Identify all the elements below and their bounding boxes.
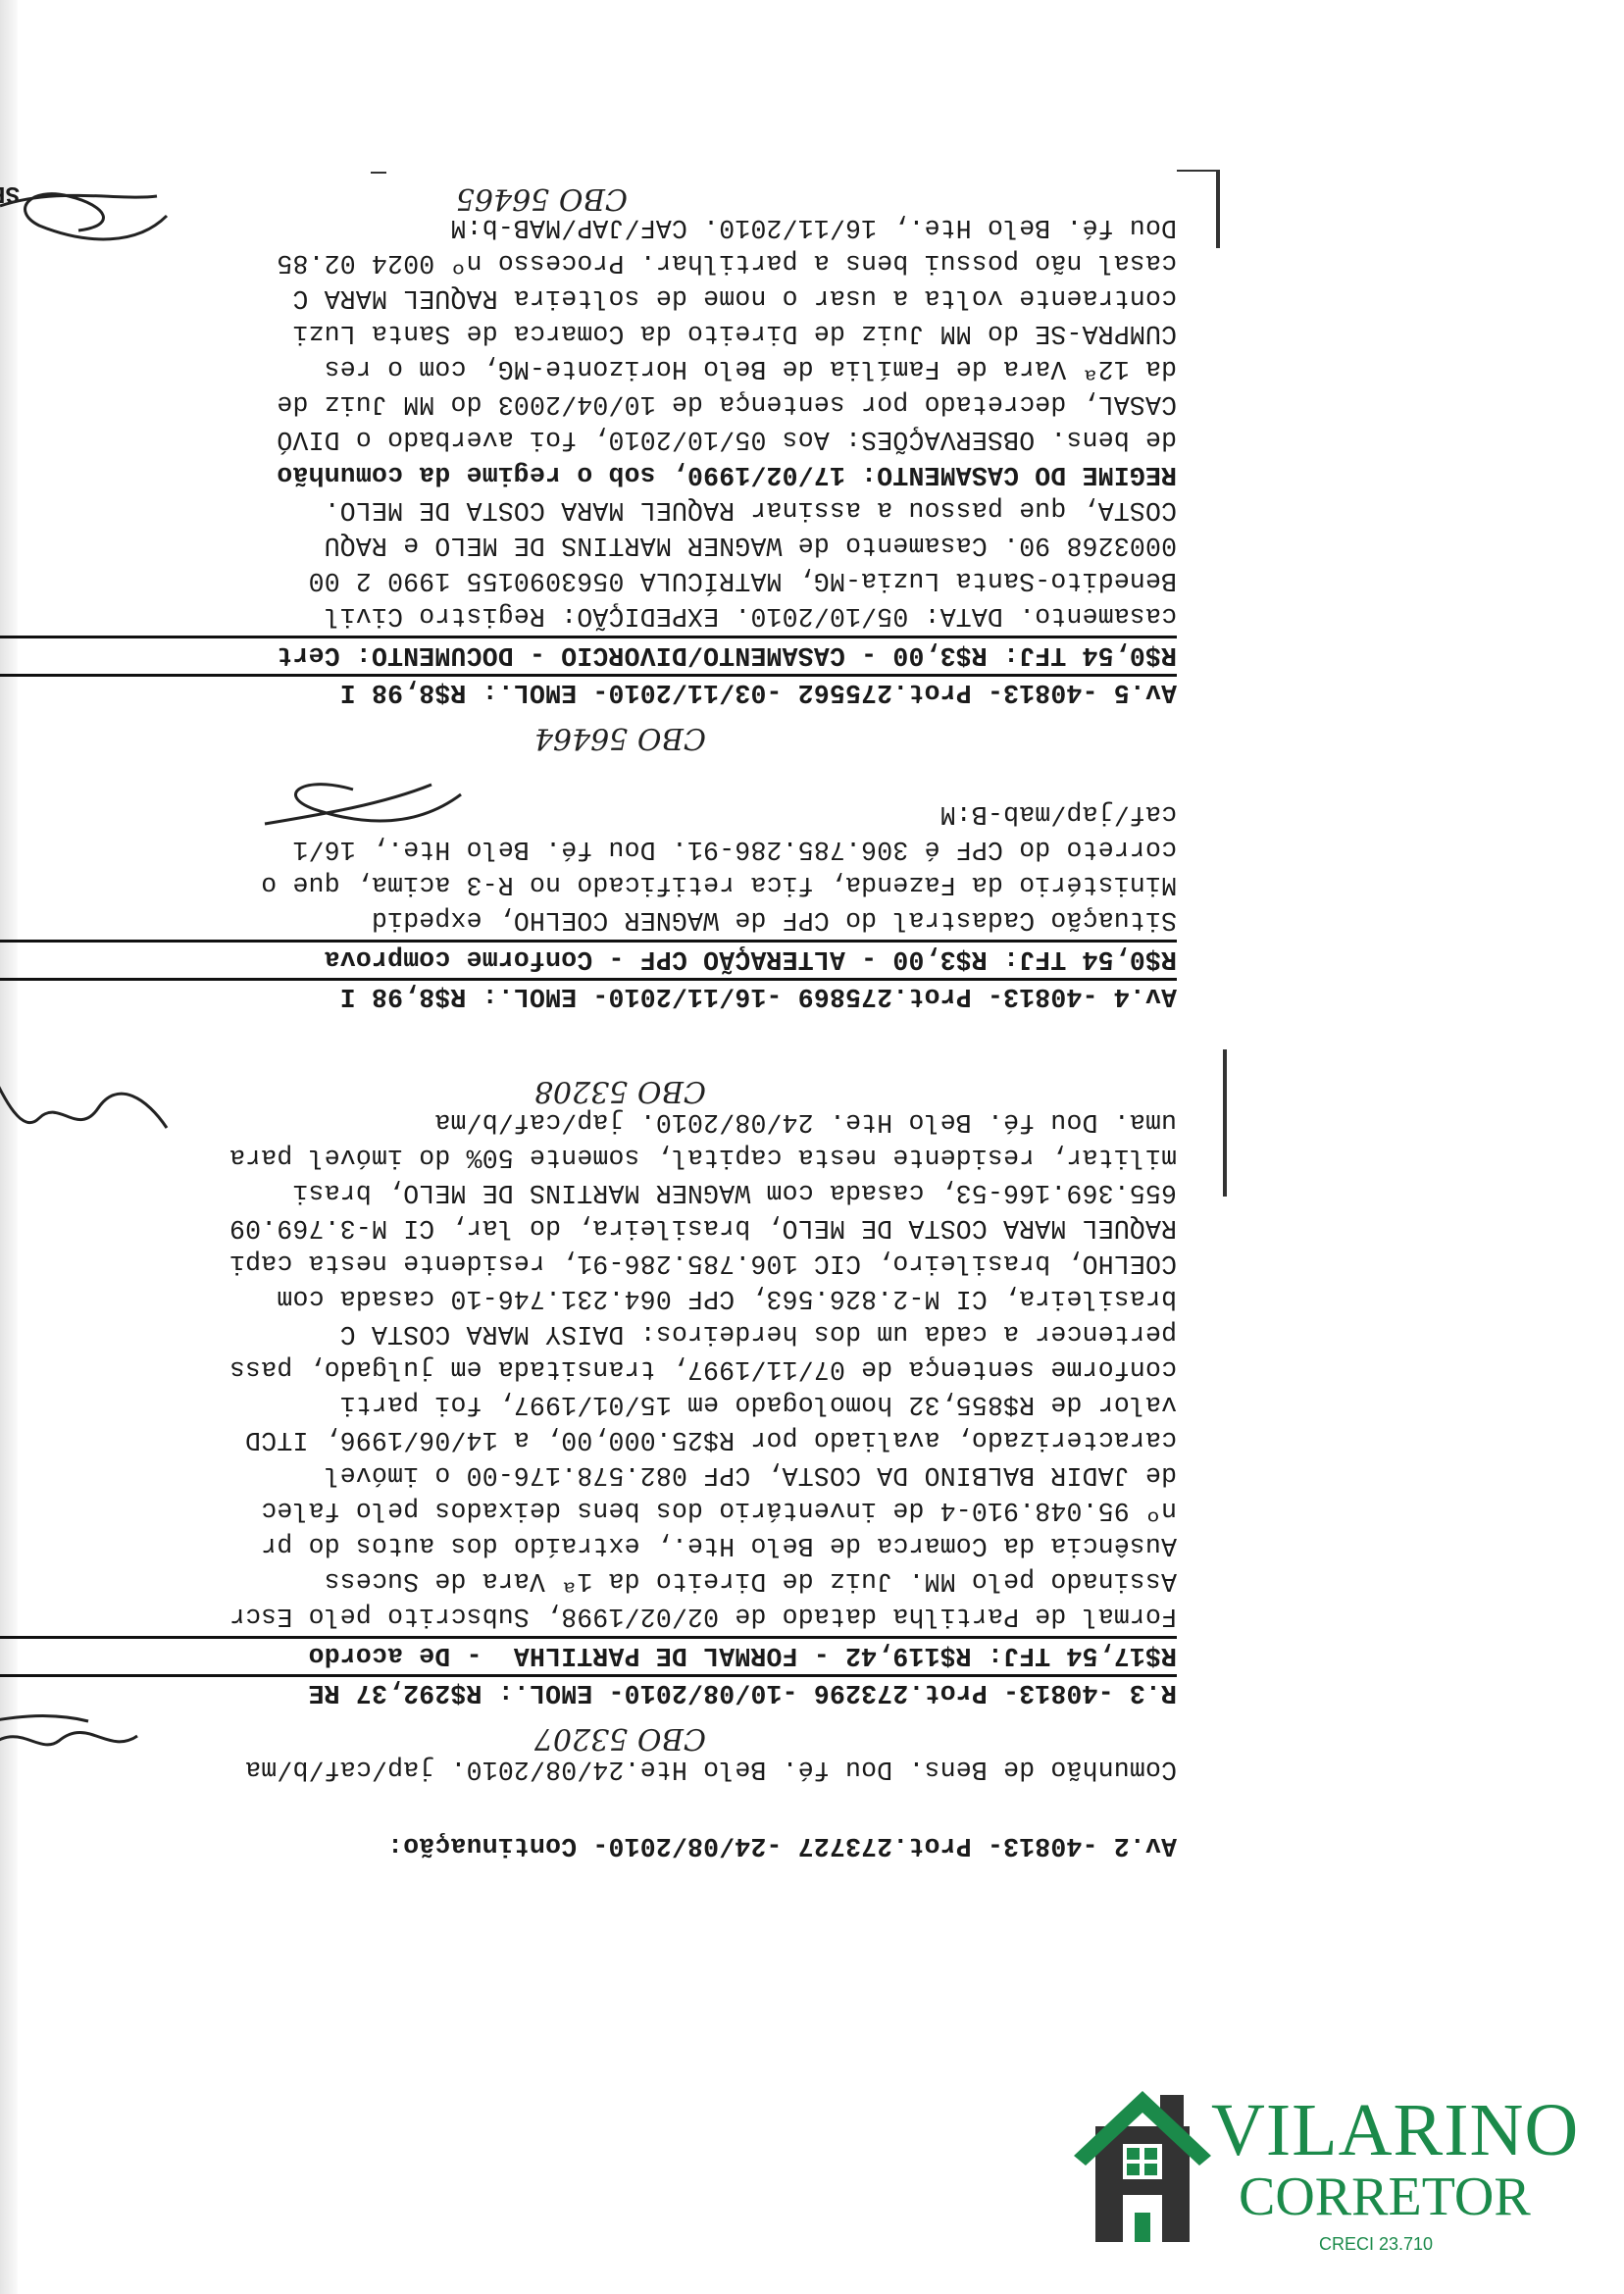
divider-rule	[0, 636, 1177, 638]
entry-r3-subheader: R$17,54 TFJ: R$119,42 - FORMAL DE PARTIL…	[308, 1638, 1177, 1673]
entry-av5-line: casal não possui bens a partilhar. Proce…	[277, 245, 1177, 280]
margin-mark	[1223, 1049, 1227, 1197]
logo-subtitle: CORRETOR	[1239, 2169, 1531, 2224]
stamp-cbo-56464: CBO 56464	[534, 721, 706, 755]
stamp-cbo-56465: CBO 56465	[456, 181, 628, 216]
entry-av4-line: caf/jap/mab-B:M	[939, 796, 1177, 832]
signature-scribble	[0, 167, 177, 255]
entry-av4-header: Av.4 -40813- Prot.275869 -16/11/2010- EM…	[340, 979, 1177, 1014]
entry-r3-line: militar, residente nesta capital, soment…	[229, 1140, 1177, 1175]
divider-rule	[0, 1674, 1177, 1677]
entry-av5-line: Benedito-Santa Luzia-MG, MATRÍCULA 05630…	[308, 563, 1177, 598]
entry-av5-line: CUMPRA-SE do MM Juiz de Direito da Comar…	[292, 316, 1177, 351]
signature-scribble	[255, 765, 471, 843]
vilarino-logo: VILARINO CORRETOR CRECI 23.710	[1074, 2087, 1603, 2244]
logo-creci: CRECI 23.710	[1319, 2234, 1433, 2255]
divider-rule	[0, 978, 1177, 981]
entry-av2-header: Av.2 -40813- Prot.273727 -24/08/2010- Co…	[387, 1828, 1177, 1863]
entry-r3-line: de JADIR BALBINO DA COSTA, CPF 082.578.1…	[324, 1457, 1177, 1493]
entry-av5-line: REGIME DO CASAMENTO: 17/02/1990, sob o r…	[277, 457, 1177, 492]
signature-scribble	[0, 1040, 177, 1157]
entry-av5-line: casamento. DATA: 05/10/2010. EXPEDIÇÃO: …	[324, 598, 1177, 634]
logo-title: VILARINO	[1211, 2093, 1579, 2167]
house-icon	[1074, 2087, 1211, 2244]
divider-rule	[0, 1636, 1177, 1639]
margin-mark	[1177, 170, 1220, 172]
entry-av5-line: da 12ª Vara de Família de Belo Horizonte…	[324, 351, 1177, 386]
entry-r3-line: conforme sentença de 07/11/1997, transit…	[229, 1351, 1177, 1387]
entry-av5-line: 0003268 90. Casamento de WAGNER MARTINS …	[324, 528, 1177, 563]
margin-mark	[371, 172, 386, 174]
divider-rule	[0, 940, 1177, 943]
entry-av5-line: COSTA, que passou a assinar RAQUEL MARA …	[324, 492, 1177, 528]
entry-r3-line: 655.369.166-53, casada com WAGNER MARTIN…	[292, 1175, 1177, 1210]
entry-r3-line: nº 95.048.910-4 de inventário dos bens d…	[261, 1493, 1177, 1528]
entry-r3-line: Formal de Partilha datado de 02/02/1998,…	[229, 1599, 1177, 1634]
entry-r3-line: RAQUEL MARA COSTA DE MELO, brasileira, d…	[229, 1210, 1177, 1246]
entry-av5-line: contraente volta a usar o nome de soltei…	[292, 280, 1177, 316]
entry-av4-subheader: R$0,54 TFJ: R$3,00 - ALTERAÇÃO CPF - Con…	[324, 942, 1177, 977]
registry-document: Av.2 -40813- Prot.273727 -24/08/2010- Co…	[0, 147, 1216, 1883]
margin-mark	[1216, 172, 1220, 248]
entry-av5-subheader: R$0,54 TFJ: R$3,00 - CASAMENTO/DIVORCIO …	[277, 637, 1177, 673]
entry-av2-line: Comunhão de Bens. Dou fé. Belo Hte.24/08…	[245, 1752, 1177, 1787]
entry-r3-line: valor de R$855,32 homologado em 15/01/19…	[340, 1387, 1177, 1422]
entry-av4-line: Ministério da Fazenda, fica retificado n…	[261, 867, 1177, 902]
entry-r3-line: pertencer a cada um dos herdeiros: DAISY…	[340, 1316, 1177, 1351]
entry-r3-line: uma. Dou fé. Belo Hte. 24/08/2010. jap/c…	[434, 1104, 1177, 1140]
entry-av4-line: Situação Cadastral do CPF de WAGNER COEL…	[372, 902, 1177, 938]
stamp-cbo-53207: CBO 53207	[534, 1721, 706, 1756]
stamp-cbo-53208: CBO 53208	[534, 1074, 706, 1108]
entry-r3-line: caracterizado, avaliado por R$25.000,00,…	[245, 1422, 1177, 1457]
entry-av5-header: Av.5 -40813- Prot.275562 -03/11/2010- EM…	[340, 675, 1177, 710]
entry-r3-line: brasileira, CI M-2.826.563, CPF 064.231.…	[277, 1281, 1177, 1316]
entry-av5-line: CASAL, decretado por sentença de 10/04/2…	[277, 386, 1177, 422]
entry-av5-line: de bens. OBSERVAÇÕES: Aos 05/10/2010, fo…	[277, 422, 1177, 457]
entry-r3-header: R.3 -40813- Prot.273296 -10/08/2010- EMO…	[308, 1675, 1177, 1710]
entry-r3-line: Assinado pelo MM. Juiz de Direito da 1ª …	[324, 1563, 1177, 1599]
signature-scribble	[0, 1707, 147, 1765]
entry-r3-line: COELHO, brasileiro, CIC 106.785.286-91, …	[229, 1246, 1177, 1281]
entry-r3-line: Ausência da Comarca de Belo Hte., extraí…	[261, 1528, 1177, 1563]
divider-rule	[0, 674, 1177, 677]
